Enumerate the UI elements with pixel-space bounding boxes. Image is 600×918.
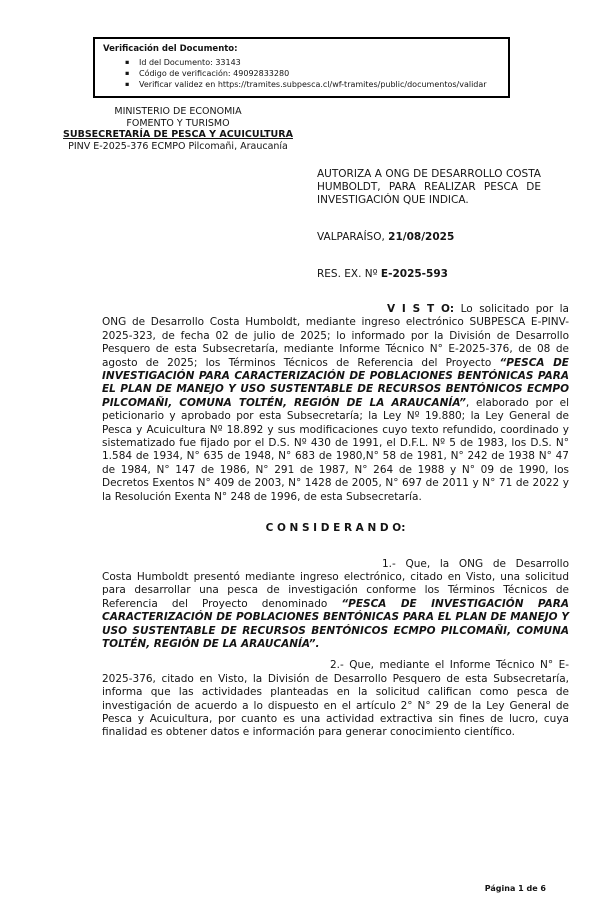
verification-item-text: Código de verificación: 49092833280 <box>139 69 289 78</box>
subsecretaria-line: SUBSECRETARÍA DE PESCA Y ACUICULTURA <box>22 129 334 141</box>
considerando-item-1: 1.- Que, la ONG de Desarrollo Costa Humb… <box>102 558 569 652</box>
dateline: VALPARAÍSO, 21/08/2025 <box>317 231 454 243</box>
visto-paragraph: V I S T O: Lo solicitado por la ONG de D… <box>102 303 569 504</box>
document-body: V I S T O: Lo solicitado por la ONG de D… <box>102 303 569 740</box>
city-label: VALPARAÍSO, <box>317 231 388 243</box>
date-value: 21/08/2025 <box>388 231 454 243</box>
considerando-heading: C O N S I D E R A N D O: <box>102 522 569 535</box>
bullet-icon: ▪ <box>125 79 139 90</box>
ministry-line: MINISTERIO DE ECONOMIA <box>22 106 334 118</box>
verification-url-text: Verificar validez en https://tramites.su… <box>139 80 487 89</box>
verification-title: Verificación del Documento: <box>103 44 502 55</box>
letterhead: MINISTERIO DE ECONOMIA FOMENTO Y TURISMO… <box>22 106 334 152</box>
resolution-label: RES. EX. Nº <box>317 268 381 280</box>
resolution-number-line: RES. EX. Nº E-2025-593 <box>317 268 448 280</box>
page-number: Página 1 de 6 <box>420 884 546 893</box>
fomento-turismo-line: FOMENTO Y TURISMO <box>22 118 334 130</box>
resolution-number: E-2025-593 <box>381 268 448 280</box>
verification-box: Verificación del Documento: ▪Id del Docu… <box>93 37 510 98</box>
verification-item-code: ▪Código de verificación: 49092833280 <box>125 68 502 79</box>
verification-item-text: Id del Documento: 33143 <box>139 58 241 67</box>
document-page: Verificación del Documento: ▪Id del Docu… <box>0 0 600 918</box>
considerando-item-2: 2.- Que, mediante el Informe Técnico N° … <box>102 659 569 739</box>
verification-list: ▪Id del Documento: 33143 ▪Código de veri… <box>103 57 502 90</box>
verification-item-document-id: ▪Id del Documento: 33143 <box>125 57 502 68</box>
bullet-icon: ▪ <box>125 57 139 68</box>
pinv-reference-line: PINV E-2025-376 ECMPO Pilcomañi, Araucan… <box>22 141 334 153</box>
resolution-subject: AUTORIZA A ONG DE DESARROLLO COSTA HUMBO… <box>317 168 541 207</box>
verification-item-url: ▪Verificar validez en https://tramites.s… <box>125 79 502 90</box>
bullet-icon: ▪ <box>125 68 139 79</box>
